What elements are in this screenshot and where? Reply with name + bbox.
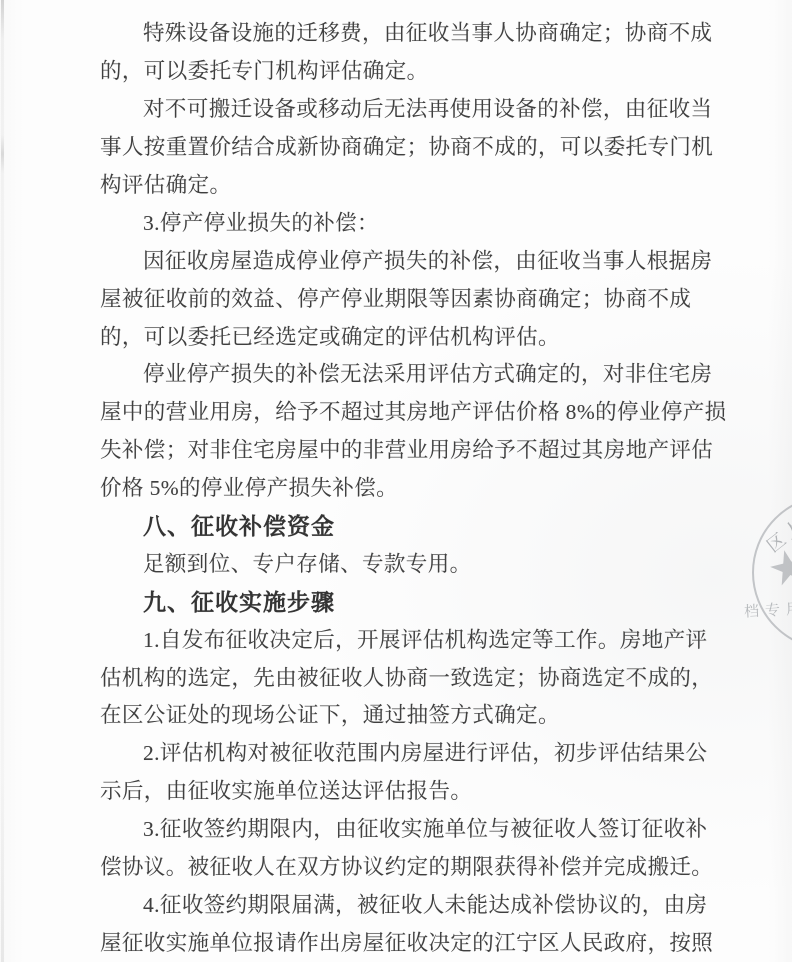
document-line: 的，可以委托专门机构评估确定。: [100, 51, 724, 89]
document-line: 屋中的营业用房，给予不超过其房地产评估价格 8%的停业停产损: [100, 392, 724, 430]
document-line: 构评估确定。: [100, 165, 724, 203]
document-line: 估机构的选定，先由被征收人协商一致选定；协商选定不成的，: [100, 657, 724, 695]
document-line-step-1: 1.自发布征收决定后，开展评估机构选定等工作。房地产评: [100, 619, 724, 657]
star-icon: ★: [763, 541, 792, 596]
document-line: 示后，由征收实施单位送达评估报告。: [100, 771, 724, 809]
document-line: 事人按重置价结合成新协商确定；协商不成的，可以委托专门机: [100, 127, 724, 165]
document-line: 停业停产损失的补偿无法采用评估方式确定的，对非住宅房: [100, 354, 724, 392]
document-line: 因征收房屋造成停业停产损失的补偿，由征收当事人根据房: [100, 240, 724, 278]
document-line: 失补偿；对非住宅房屋中的非营业用房给予不超过其房地产评估: [100, 430, 724, 468]
document-line-step-2: 2.评估机构对被征收范围内房屋进行评估，初步评估结果公: [100, 733, 724, 771]
document-line: 足额到位、专户存储、专款专用。: [100, 543, 724, 581]
scanned-document-page: 特殊设备设施的迁移费，由征收当事人协商确定；协商不成 的，可以委托专门机构评估确…: [0, 0, 792, 962]
scan-edge-artifact: [1, 0, 4, 962]
seal-lower-text: 档专用: [743, 597, 792, 621]
document-text-block: 特殊设备设施的迁移费，由征收当事人协商确定；协商不成 的，可以委托专门机构评估确…: [100, 13, 724, 960]
document-line: 特殊设备设施的迁移费，由征收当事人协商确定；协商不成: [100, 13, 724, 51]
document-line: 在区公证处的现场公证下，通过抽签方式确定。: [100, 695, 724, 733]
official-seal-stamp: 区人 ★ 档专用: [752, 495, 792, 650]
section-heading-eight: 八、征收补偿资金: [100, 506, 724, 544]
document-line: 价格 5%的停业停产损失补偿。: [100, 468, 724, 506]
section-heading-nine: 九、征收实施步骤: [100, 581, 724, 619]
document-line-step-3: 3.征收签约期限内，由征收实施单位与被征收人签订征收补: [100, 809, 724, 847]
document-line: 对不可搬迁设备或移动后无法再使用设备的补偿，由征收当: [100, 89, 724, 127]
document-line: 屋被征收前的效益、停产停业期限等因素协商确定；协商不成: [100, 278, 724, 316]
document-line-step-4: 4.征收签约期限届满，被征收人未能达成补偿协议的，由房: [100, 884, 724, 922]
document-line: 偿协议。被征收人在双方协议约定的期限获得补偿并完成搬迁。: [100, 847, 724, 885]
document-line-item-3: 3.停产停业损失的补偿：: [100, 202, 724, 240]
document-line: 屋征收实施单位报请作出房屋征收决定的江宁区人民政府，按照: [100, 922, 724, 960]
document-line: 的，可以委托已经选定或确定的评估机构评估。: [100, 316, 724, 354]
